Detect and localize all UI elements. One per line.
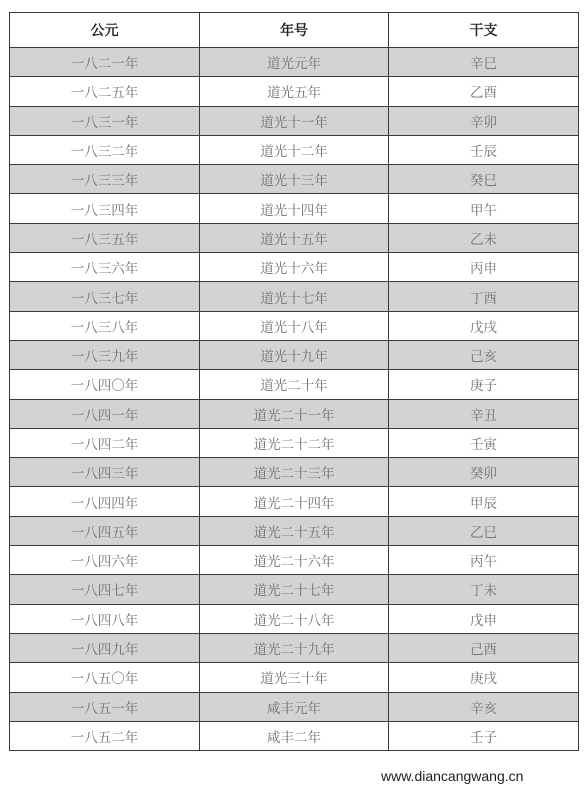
cell-ganzhi: 乙巳 bbox=[389, 516, 579, 545]
table-row: 一八三三年道光十三年癸巳 bbox=[10, 165, 579, 194]
cell-gregorian-year: 一八二一年 bbox=[10, 48, 200, 77]
cell-era-name: 道光二十八年 bbox=[200, 604, 389, 633]
cell-ganzhi: 甲辰 bbox=[389, 487, 579, 516]
cell-ganzhi: 丙午 bbox=[389, 546, 579, 575]
cell-era-name: 道光二十五年 bbox=[200, 516, 389, 545]
cell-era-name: 咸丰元年 bbox=[200, 692, 389, 721]
header-ganzhi: 干支 bbox=[389, 13, 579, 48]
cell-era-name: 道光二十九年 bbox=[200, 633, 389, 662]
cell-gregorian-year: 一八四八年 bbox=[10, 604, 200, 633]
table-row: 一八三六年道光十六年丙申 bbox=[10, 253, 579, 282]
header-gregorian-year: 公元 bbox=[10, 13, 200, 48]
table-row: 一八三九年道光十九年己亥 bbox=[10, 340, 579, 369]
cell-era-name: 道光十七年 bbox=[200, 282, 389, 311]
table-row: 一八三二年道光十二年壬辰 bbox=[10, 135, 579, 164]
table-row: 一八四二年道光二十二年壬寅 bbox=[10, 428, 579, 457]
watermark-url: www.diancangwang.cn bbox=[381, 768, 523, 784]
cell-gregorian-year: 一八五一年 bbox=[10, 692, 200, 721]
table-row: 一八三五年道光十五年乙未 bbox=[10, 223, 579, 252]
cell-ganzhi: 己酉 bbox=[389, 633, 579, 662]
cell-ganzhi: 壬子 bbox=[389, 721, 579, 750]
cell-gregorian-year: 一八四一年 bbox=[10, 399, 200, 428]
cell-ganzhi: 丁未 bbox=[389, 575, 579, 604]
cell-gregorian-year: 一八四二年 bbox=[10, 428, 200, 457]
cell-gregorian-year: 一八三四年 bbox=[10, 194, 200, 223]
table-row: 一八三八年道光十八年戊戌 bbox=[10, 311, 579, 340]
table-row: 一八四四年道光二十四年甲辰 bbox=[10, 487, 579, 516]
cell-gregorian-year: 一八三三年 bbox=[10, 165, 200, 194]
cell-era-name: 道光二十年 bbox=[200, 370, 389, 399]
cell-era-name: 道光三十年 bbox=[200, 663, 389, 692]
cell-era-name: 道光元年 bbox=[200, 48, 389, 77]
cell-gregorian-year: 一八五二年 bbox=[10, 721, 200, 750]
cell-gregorian-year: 一八五〇年 bbox=[10, 663, 200, 692]
table-row: 一八四五年道光二十五年乙巳 bbox=[10, 516, 579, 545]
cell-ganzhi: 己亥 bbox=[389, 340, 579, 369]
cell-era-name: 道光二十二年 bbox=[200, 428, 389, 457]
cell-era-name: 道光二十七年 bbox=[200, 575, 389, 604]
cell-ganzhi: 戊申 bbox=[389, 604, 579, 633]
cell-ganzhi: 辛亥 bbox=[389, 692, 579, 721]
cell-ganzhi: 辛卯 bbox=[389, 106, 579, 135]
cell-ganzhi: 丁酉 bbox=[389, 282, 579, 311]
calendar-table: 公元 年号 干支 一八二一年道光元年辛巳一八二五年道光五年乙酉一八三一年道光十一… bbox=[9, 12, 579, 751]
table-row: 一八四一年道光二十一年辛丑 bbox=[10, 399, 579, 428]
cell-gregorian-year: 一八四九年 bbox=[10, 633, 200, 662]
cell-ganzhi: 庚子 bbox=[389, 370, 579, 399]
cell-ganzhi: 辛巳 bbox=[389, 48, 579, 77]
cell-era-name: 道光十一年 bbox=[200, 106, 389, 135]
cell-era-name: 道光十五年 bbox=[200, 223, 389, 252]
cell-ganzhi: 丙申 bbox=[389, 253, 579, 282]
cell-era-name: 道光十二年 bbox=[200, 135, 389, 164]
cell-ganzhi: 癸巳 bbox=[389, 165, 579, 194]
table-row: 一八四六年道光二十六年丙午 bbox=[10, 546, 579, 575]
table-row: 一八三四年道光十四年甲午 bbox=[10, 194, 579, 223]
table-row: 一八五〇年道光三十年庚戌 bbox=[10, 663, 579, 692]
cell-era-name: 咸丰二年 bbox=[200, 721, 389, 750]
table-row: 一八三一年道光十一年辛卯 bbox=[10, 106, 579, 135]
table-row: 一八五二年咸丰二年壬子 bbox=[10, 721, 579, 750]
cell-gregorian-year: 一八三一年 bbox=[10, 106, 200, 135]
cell-era-name: 道光十八年 bbox=[200, 311, 389, 340]
table-row: 一八三七年道光十七年丁酉 bbox=[10, 282, 579, 311]
cell-era-name: 道光二十六年 bbox=[200, 546, 389, 575]
cell-gregorian-year: 一八三七年 bbox=[10, 282, 200, 311]
cell-ganzhi: 乙未 bbox=[389, 223, 579, 252]
cell-era-name: 道光五年 bbox=[200, 77, 389, 106]
cell-gregorian-year: 一八四〇年 bbox=[10, 370, 200, 399]
cell-gregorian-year: 一八三八年 bbox=[10, 311, 200, 340]
table-row: 一八四三年道光二十三年癸卯 bbox=[10, 458, 579, 487]
table-row: 一八二一年道光元年辛巳 bbox=[10, 48, 579, 77]
table-body: 一八二一年道光元年辛巳一八二五年道光五年乙酉一八三一年道光十一年辛卯一八三二年道… bbox=[10, 48, 579, 751]
cell-era-name: 道光二十三年 bbox=[200, 458, 389, 487]
cell-gregorian-year: 一八四四年 bbox=[10, 487, 200, 516]
cell-ganzhi: 甲午 bbox=[389, 194, 579, 223]
table-row: 一八五一年咸丰元年辛亥 bbox=[10, 692, 579, 721]
cell-era-name: 道光二十一年 bbox=[200, 399, 389, 428]
cell-era-name: 道光十四年 bbox=[200, 194, 389, 223]
cell-era-name: 道光十三年 bbox=[200, 165, 389, 194]
cell-gregorian-year: 一八二五年 bbox=[10, 77, 200, 106]
calendar-table-container: 公元 年号 干支 一八二一年道光元年辛巳一八二五年道光五年乙酉一八三一年道光十一… bbox=[9, 12, 578, 751]
cell-ganzhi: 癸卯 bbox=[389, 458, 579, 487]
table-row: 一八四八年道光二十八年戊申 bbox=[10, 604, 579, 633]
cell-ganzhi: 乙酉 bbox=[389, 77, 579, 106]
cell-ganzhi: 庚戌 bbox=[389, 663, 579, 692]
cell-era-name: 道光二十四年 bbox=[200, 487, 389, 516]
cell-gregorian-year: 一八三九年 bbox=[10, 340, 200, 369]
header-era-name: 年号 bbox=[200, 13, 389, 48]
cell-gregorian-year: 一八四五年 bbox=[10, 516, 200, 545]
cell-gregorian-year: 一八三六年 bbox=[10, 253, 200, 282]
header-row: 公元 年号 干支 bbox=[10, 13, 579, 48]
table-row: 一八四七年道光二十七年丁未 bbox=[10, 575, 579, 604]
table-row: 一八四〇年道光二十年庚子 bbox=[10, 370, 579, 399]
cell-gregorian-year: 一八四七年 bbox=[10, 575, 200, 604]
cell-gregorian-year: 一八四六年 bbox=[10, 546, 200, 575]
cell-era-name: 道光十六年 bbox=[200, 253, 389, 282]
cell-ganzhi: 辛丑 bbox=[389, 399, 579, 428]
table-row: 一八二五年道光五年乙酉 bbox=[10, 77, 579, 106]
cell-ganzhi: 壬辰 bbox=[389, 135, 579, 164]
cell-ganzhi: 戊戌 bbox=[389, 311, 579, 340]
cell-era-name: 道光十九年 bbox=[200, 340, 389, 369]
cell-ganzhi: 壬寅 bbox=[389, 428, 579, 457]
cell-gregorian-year: 一八三二年 bbox=[10, 135, 200, 164]
cell-gregorian-year: 一八三五年 bbox=[10, 223, 200, 252]
cell-gregorian-year: 一八四三年 bbox=[10, 458, 200, 487]
table-row: 一八四九年道光二十九年己酉 bbox=[10, 633, 579, 662]
